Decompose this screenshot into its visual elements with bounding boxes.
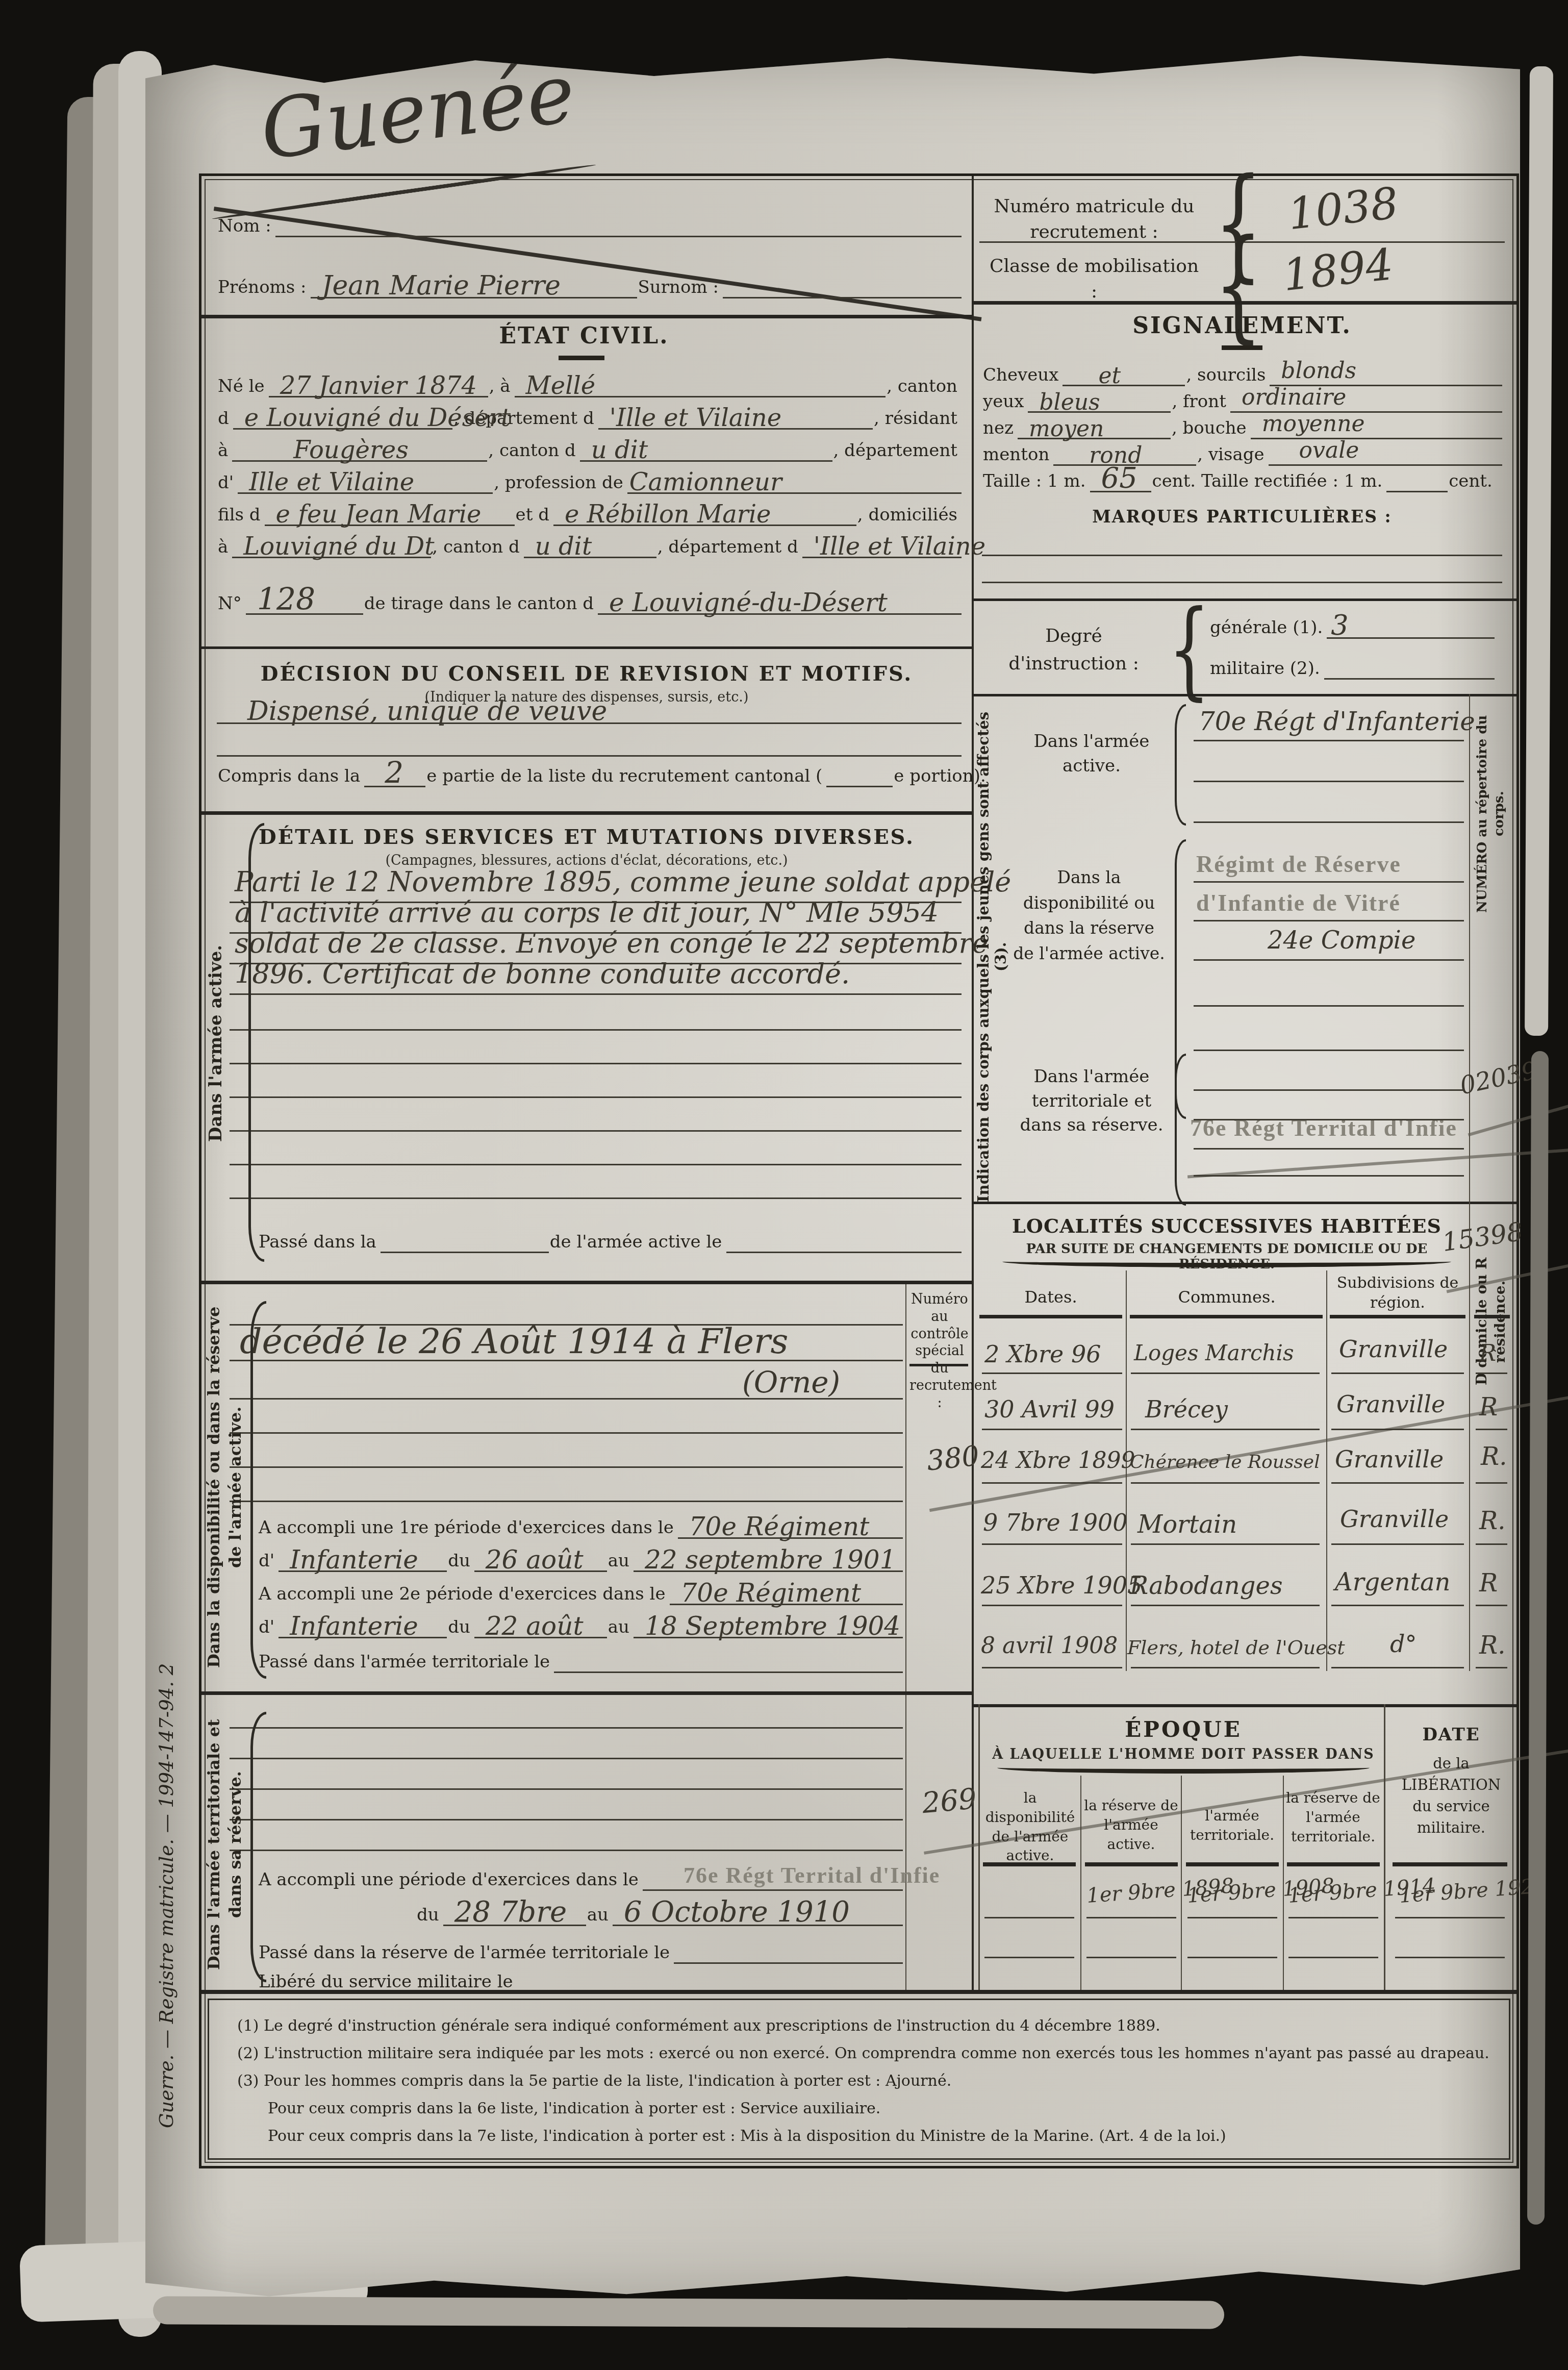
footnote-5: Pour ceux compris dans la 7e liste, l'in… (268, 2127, 1482, 2145)
corps-dispo-label: Dans la disponibilité ou dans la réserve… (1013, 865, 1166, 966)
instruction-militaire-row: militaire (2). (1209, 653, 1495, 680)
prenoms-value: Jean Marie Pierre (322, 270, 561, 301)
controle-header: Numéro au contrôle spécial du recrutemen… (909, 1291, 970, 1411)
page-edge-right-bottom (1527, 1051, 1549, 2225)
line-dept-naissance: 'Ille et Vilaine (598, 428, 873, 430)
line-numero-tirage: 128 (246, 613, 363, 615)
value-residence: Fougères (293, 436, 409, 464)
loc-row3-date: 24 Xbre 1899 (981, 1448, 1135, 1474)
label-et-de: et d (515, 505, 553, 526)
label-periode2: A accompli une 2e période d'exercices da… (258, 1584, 670, 1605)
corps-active-label: Dans l'armée active. (1018, 730, 1166, 778)
value-dept-residence: Ille et Vilaine (249, 468, 414, 496)
epoque-col3-header: l'armée territoriale. (1185, 1806, 1279, 1845)
etat-civil-line6: à Louvigné du Dt , canton d u dit , dépa… (217, 530, 962, 558)
service-note-line2: à l'activité arrivé au corps le dit jour… (235, 896, 939, 929)
line-periode2-au: 18 Septembre 1904 (634, 1637, 903, 1638)
corps-dispo-rule-2 (1194, 920, 1464, 921)
loc-row3-subdiv: Granville (1335, 1445, 1444, 1473)
loc-row5-date: 25 Xbre 1905 (981, 1571, 1142, 1599)
label-instruction-militaire: militaire (2). (1209, 658, 1324, 680)
line-canton-parents: u dit (524, 557, 656, 558)
decision-title: DÉCISION DU CONSEIL DE REVISION ET MOTIF… (242, 662, 931, 686)
divider-etatcivil (201, 315, 972, 318)
service-note-line3: soldat de 2e classe. Envoyé en congé le … (235, 927, 988, 959)
corps-terr-rule-3 (1194, 1148, 1464, 1150)
value-mere: e Rébillon Marie (565, 500, 771, 529)
value-bouche: moyenne (1262, 411, 1365, 437)
line-compris-num: 2 (364, 786, 425, 787)
divider-disponibilite (201, 1281, 972, 1284)
localites-col-subdiv: Subdivisions de région. (1331, 1273, 1464, 1313)
localites-col-dates: Dates. (982, 1287, 1120, 1307)
epoque-date-header-title: DATE (1390, 1725, 1512, 1745)
libere-row: Libéré du service militaire le (258, 1964, 903, 1993)
brace-disponibilite (250, 1301, 266, 1679)
value-nez: moyen (1029, 416, 1104, 442)
label-canton2: , canton d (487, 440, 579, 462)
dispo-rule-6 (230, 1501, 903, 1502)
service-rule-6 (230, 1063, 962, 1064)
footnote-1: (1) Le degré d'instruction générale sera… (237, 2017, 1482, 2035)
divider-localites (972, 1202, 1516, 1204)
etat-civil-line5: fils d e feu Jean Marie et d e Rébillon … (217, 497, 962, 526)
value-profession: Camionneur (629, 468, 782, 496)
value-periode1-au: 22 septembre 1901 (645, 1545, 896, 1575)
signalement-underline (1222, 345, 1262, 350)
service-rule-8 (230, 1130, 962, 1132)
label-compris-mid: e partie de la liste du recrutement cant… (425, 766, 826, 787)
corps-active-value: 70e Régt d'Infanterie (1199, 707, 1475, 736)
epoque-title: ÉPOQUE (987, 1717, 1380, 1742)
nom-line (275, 236, 962, 237)
corps-terr-rule-2 (1194, 1119, 1464, 1120)
label-dept2: , département (832, 440, 962, 462)
epoque-col2-header: la réserve de l'armée active. (1084, 1796, 1178, 1854)
marques-label: MARQUES PARTICULIÈRES : (1018, 507, 1466, 527)
line-periode1-au: 22 septembre 1901 (634, 1570, 903, 1572)
section-label-armee-active: Dans l'armée active. (206, 824, 234, 1263)
stamp-reserve-line1: Régimt de Réserve (1196, 851, 1401, 878)
prenoms-row: Prénoms : Jean Marie Pierre Surnom : (217, 268, 962, 298)
periode2-row-a: A accompli une 2e période d'exercices da… (258, 1577, 903, 1605)
label-instruction-generale: générale (1). (1209, 617, 1327, 639)
value-canton-residence: u dit (591, 436, 648, 464)
corps-active-rule-3 (1194, 821, 1464, 823)
compris-row: Compris dans la 2 e partie de la liste d… (217, 758, 962, 787)
epoque-header-rule-4 (1287, 1862, 1380, 1866)
nom-row: Nom : (217, 207, 962, 237)
loc-row4-commune: Mortain (1137, 1510, 1237, 1539)
corps-terr-brace (1175, 1054, 1186, 1206)
terr-rule-3 (230, 1788, 903, 1790)
line-instruction-militaire (1324, 678, 1495, 680)
line-passe-reserve-terr (674, 1962, 903, 1964)
surnom-line (723, 297, 962, 298)
line-naissance: 27 Janvier 1874 (269, 396, 488, 397)
label-bouche: , bouche (1171, 418, 1251, 439)
value-periode-terr-au: 6 Octobre 1910 (624, 1895, 850, 1929)
etat-civil-underline (559, 356, 604, 360)
loc-row4-date: 9 7bre 1900 (983, 1509, 1128, 1536)
tirage-row: N° 128 de tirage dans le canton d e Louv… (217, 584, 962, 615)
line-periode1-regiment: 70e Régiment (678, 1537, 903, 1539)
value-periode1-regiment: 70e Régiment (689, 1512, 870, 1541)
divider-detail (201, 811, 972, 815)
label-nez: nez (982, 418, 1018, 439)
value-cheveux: et (1098, 363, 1121, 389)
label-periode-terr-du: du (416, 1905, 443, 1926)
line-periode1-du: 26 août (474, 1570, 607, 1572)
page-edge-bottom (153, 2296, 1224, 2329)
footnote-3: (3) Pour les hommes compris dans la 5e p… (237, 2072, 1482, 2090)
sig-row-yeux: yeux bleus , front ordinaire (982, 386, 1502, 413)
line-pere: e feu Jean Marie (265, 525, 515, 526)
sig-row-menton: menton rond , visage ovale (982, 439, 1502, 466)
line-dept-residence: Ille et Vilaine (238, 492, 493, 494)
periode-terr-row-b: du 28 7bre au 6 Octobre 1910 (416, 1895, 903, 1926)
loc-row2-subdiv: Granville (1336, 1390, 1445, 1418)
dispo-rule-5 (230, 1466, 903, 1468)
label-a2: à (217, 440, 232, 462)
marques-rule-2 (982, 582, 1502, 583)
footnote-2: (2) L'instruction militaire sera indiqué… (237, 2044, 1492, 2062)
value-canton-parents: u dit (535, 532, 592, 561)
deces-note: décédé le 26 Août 1914 à Flers (240, 1321, 788, 1362)
classe-value: 1894 (1280, 239, 1395, 301)
epoque-scroll-ornament (997, 1762, 1370, 1774)
service-rule-5 (230, 1029, 962, 1031)
label-residant: , résidant (873, 408, 962, 430)
sig-row-taille: Taille : 1 m. 65 cent. Taille rectifiée … (982, 466, 1502, 492)
localites-header-rule-d (1474, 1315, 1510, 1318)
instruction-label: Degré d'instruction : (990, 622, 1158, 678)
sig-row-nez: nez moyen , bouche moyenne (982, 413, 1502, 439)
periode1-row-a: A accompli une 1re période d'exercices d… (258, 1510, 903, 1539)
line-mere: e Rébillon Marie (553, 525, 856, 526)
corps-active-rule-1 (1194, 740, 1464, 741)
loc-row5-subdiv: Argentan (1335, 1568, 1450, 1596)
section-label-disponibilite: Dans la disponibilité ou dans la réserve… (204, 1299, 247, 1676)
stamp-reserve-line2: d'Infantie de Vitré (1196, 889, 1401, 916)
value-canton-naissance: e Louvigné du Désert (244, 404, 511, 432)
scanned-register-page: Guerre. — Registre matricule. — 1994-147… (0, 0, 1568, 2370)
label-passe-active-pre: Passé dans la (258, 1232, 381, 1253)
corps-dispo-rule-1 (1194, 881, 1464, 883)
value-front: ordinaire (1242, 384, 1346, 410)
value-instruction-generale: 3 (1331, 609, 1348, 641)
controle-header-rule (909, 1364, 968, 1366)
value-sourcils: blonds (1281, 358, 1356, 384)
decision-value: Dispensé, unique de veuve (247, 696, 607, 727)
etat-civil-line4: d' Ille et Vilaine , profession de Camio… (217, 465, 962, 494)
epoque-col1-header: la disponibilité de l'armée active. (983, 1788, 1077, 1865)
corps-dispo-rule-3 (1194, 959, 1464, 961)
divider-corps (972, 694, 1516, 696)
label-periode-terr: A accompli une période d'exercices dans … (258, 1869, 643, 1891)
line-periode-terr-du: 28 7bre (443, 1925, 586, 1926)
label-taille: Taille : 1 m. (982, 471, 1090, 492)
etat-civil-title: ÉTAT CIVIL. (355, 323, 814, 349)
label-numero-tirage: N° (217, 593, 246, 615)
corps-terr-label: Dans l'armée territoriale et dans sa rés… (1018, 1065, 1166, 1138)
value-date-naissance: 27 Janvier 1874 (280, 371, 477, 400)
line-canton-residence: u dit (580, 460, 832, 462)
passe-reserve-terr-row: Passé dans la réserve de l'armée territo… (258, 1935, 903, 1964)
label-passe-reserve-terr: Passé dans la réserve de l'armée territo… (258, 1942, 674, 1964)
line-taille: 65 (1090, 491, 1151, 492)
loc-row6-date: 8 avril 1908 (981, 1633, 1118, 1659)
dispo-rule-4 (230, 1432, 903, 1434)
surname-signature: Guenée (256, 45, 580, 178)
epoque-header-rule-5 (1393, 1862, 1507, 1866)
localites-col-divider-2 (1326, 1270, 1327, 1671)
epoque-col-divider-1 (1080, 1776, 1081, 1990)
line-passe-territoriale (554, 1672, 903, 1673)
section-label-territoriale: Dans l'armée territoriale et dans sa rés… (204, 1712, 247, 1977)
localites-header-rule-c (1330, 1315, 1465, 1318)
value-periode2-arme: Infanterie (290, 1611, 418, 1641)
stamp-76e-regiment: 76e Régt Territal d'Infie (684, 1862, 940, 1888)
loc-row3-dr: R. (1481, 1442, 1507, 1471)
compagnie-value: 24e Compie (1268, 926, 1415, 955)
line-instruction-generale: 3 (1327, 637, 1495, 639)
terr-rule-5 (230, 1850, 903, 1851)
value-periode1-du: 26 août (486, 1545, 584, 1575)
footnotes-top-rule (201, 1990, 1516, 1994)
label-dept3: , département d (656, 537, 802, 558)
etat-civil-line1: Né le 27 Janvier 1874 , à Mellé , canton (217, 369, 962, 397)
line-profession: Camionneur (627, 492, 962, 494)
line-taille-rectifiee (1386, 491, 1448, 492)
loc-row4-dr: R. (1479, 1507, 1505, 1535)
label-d2: d' (217, 472, 238, 494)
line-periode1-arme: Infanterie (279, 1570, 447, 1572)
passe-territoriale-row: Passé dans l'armée territoriale le (258, 1644, 903, 1673)
corps-terr-stamp-rule (1194, 1050, 1464, 1051)
value-taille: 65 (1101, 462, 1137, 495)
label-fils: fils d (217, 505, 265, 526)
marques-rule-1 (982, 555, 1502, 556)
label-a1: , à (488, 376, 515, 397)
decision-row: Dispensé, unique de veuve (217, 695, 962, 724)
footnote-4: Pour ceux compris dans la 6e liste, l'in… (268, 2100, 1482, 2117)
periode1-row-b: d' Infanterie du 26 août au 22 septembre… (258, 1543, 903, 1572)
instruction-generale-row: générale (1). 3 (1209, 612, 1495, 639)
label-front: , front (1171, 391, 1230, 413)
loc-row1-dr: R. (1479, 1340, 1503, 1366)
localites-col-communes: Communes. (1132, 1287, 1321, 1307)
instruction-brace-icon: { (1168, 596, 1210, 702)
dispo-rule-3 (230, 1398, 903, 1400)
service-rule-10 (230, 1198, 962, 1199)
loc-row6-dr: R. (1479, 1631, 1505, 1660)
line-residence: Fougères (232, 460, 487, 462)
loc-row1-commune: Loges Marchis (1134, 1340, 1294, 1365)
divider-signalement (972, 301, 1516, 305)
label-menton: menton (982, 444, 1053, 466)
corps-active-rule-2 (1194, 781, 1464, 782)
signalement-title: SIGNALEMENT. (1018, 313, 1466, 339)
corps-terr-rule-1 (1194, 1089, 1464, 1091)
corps-dispo-rule-4 (1194, 1005, 1464, 1007)
epoque-date-header-rest: de la LIBÉRATION du service militaire. (1390, 1753, 1512, 1838)
label-yeux: yeux (982, 391, 1028, 413)
loc-row2-date: 30 Avril 99 (984, 1395, 1115, 1423)
service-rule-4 (230, 993, 962, 995)
label-periode1-au: au (607, 1551, 634, 1572)
epoque-date-divider (1384, 1704, 1385, 1990)
label-domicilies: , domiciliés (856, 505, 962, 526)
label-cheveux: Cheveux (982, 365, 1063, 386)
epoque-col4-header: la réserve de l'armée territoriale. (1286, 1788, 1380, 1846)
epoque-top-rule (972, 1704, 1516, 1707)
label-passe-active-mid: de l'armée active le (549, 1232, 726, 1253)
value-visage: ovale (1299, 437, 1359, 463)
value-pere: e feu Jean Marie (276, 500, 482, 529)
dispo-rule-2 (230, 1360, 903, 1361)
label-passe-territoriale: Passé dans l'armée territoriale le (258, 1652, 554, 1673)
loc-row4-subdiv: Granville (1340, 1505, 1449, 1533)
value-periode2-du: 22 août (486, 1611, 584, 1641)
line-dept-parents: 'Ille et Vilaine (802, 557, 962, 558)
value-tirage-canton: e Louvigné-du-Désert (609, 588, 888, 617)
value-dept-naissance: 'Ille et Vilaine (610, 404, 781, 432)
loc-row2-dr: R (1479, 1393, 1498, 1421)
localites-header-rule-a (979, 1315, 1122, 1318)
label-periode-terr-au: au (586, 1905, 613, 1926)
label-periode2-au: au (607, 1617, 634, 1638)
value-dept-parents: 'Ille et Vilaine (814, 532, 985, 561)
label-canton3: , canton d (431, 537, 523, 558)
line-passe-active-2 (726, 1252, 962, 1253)
value-lieu-naissance: Mellé (526, 371, 596, 400)
terr-rule-4 (230, 1819, 903, 1820)
deces-note-dept: (Orne) (742, 1365, 840, 1400)
loc-row3-commune: Chérence le Roussel (1130, 1452, 1320, 1473)
line-domicile-parents: Louvigné du Dt (232, 557, 431, 558)
loc-row6-subdiv: d° (1390, 1630, 1417, 1658)
loc-row1-subdiv: Granville (1339, 1335, 1448, 1363)
epoque-subtitle: À LAQUELLE L'HOMME DOIT PASSER DANS (987, 1747, 1380, 1762)
value-domicile-parents: Louvigné du Dt (243, 532, 434, 561)
epoque-header-rule-3 (1186, 1862, 1279, 1866)
loc-row5-dr: R (1479, 1569, 1498, 1598)
etat-civil-line2: d e Louvigné du Désert , département d '… (217, 401, 962, 430)
detail-title: DÉTAIL DES SERVICES ET MUTATIONS DIVERSE… (242, 825, 931, 849)
localites-scroll-ornament (1002, 1256, 1451, 1267)
value-compris-num: 2 (385, 755, 403, 790)
page-edge-right-top (1525, 66, 1553, 1036)
line-periode-terr-regiment: 76e Régt Territal d'Infie (643, 1889, 903, 1891)
label-canton1: , canton (886, 376, 962, 397)
label-a3: à (217, 537, 232, 558)
label-ne-le: Né le (217, 376, 269, 397)
value-periode2-au: 18 Septembre 1904 (645, 1611, 900, 1641)
line-tirage-canton: e Louvigné-du-Désert (598, 613, 962, 615)
matricule-label: Numéro matricule du recrutement : (987, 194, 1201, 245)
main-column-divider (972, 176, 974, 1990)
numero-repertoire-label: NUMÉRO au répertoire du corps. (1474, 707, 1514, 921)
prenoms-label: Prénoms : (217, 277, 311, 298)
etat-civil-line3: à Fougères , canton d u dit , départemen… (217, 433, 962, 462)
terr-rule-1 (230, 1727, 903, 1729)
service-note-line1: Parti le 12 Novembre 1895, comme jeune s… (235, 866, 1011, 898)
line-periode-terr-au: 6 Octobre 1910 (613, 1925, 903, 1926)
localites-title: LOCALITÉS SUCCESSIVES HABITÉES (987, 1214, 1466, 1237)
label-compris-pre: Compris dans la (217, 766, 364, 787)
loc-row1-date: 2 Xbre 96 (984, 1340, 1101, 1368)
epoque-header-rule-1 (983, 1862, 1076, 1866)
brace-armee-active (248, 823, 264, 1262)
value-periode2-regiment: 70e Régiment (681, 1578, 862, 1608)
brace-territoriale (250, 1712, 266, 1982)
line-canton-naissance: e Louvigné du Désert (233, 428, 452, 430)
periode2-row-b: d' Infanterie du 22 août au 18 Septembre… (258, 1610, 903, 1638)
label-visage: , visage (1196, 444, 1268, 466)
label-periode1-du: du (447, 1551, 474, 1572)
localites-dr-divider (1469, 1202, 1470, 1671)
classe-label: Classe de mobilisation : (987, 254, 1201, 305)
line-passe-active-1 (381, 1252, 549, 1253)
surnom-label: Surnom : (637, 277, 723, 298)
label-periode2-du: du (447, 1617, 474, 1638)
value-numero-tirage: 128 (257, 582, 316, 617)
service-note-line4: 1896. Certificat de bonne conduite accor… (235, 958, 850, 990)
label-profession: , profession de (493, 472, 627, 494)
epoque-left-border (978, 1704, 980, 1990)
line-lieu-naissance: Mellé (515, 396, 886, 397)
value-yeux: bleus (1039, 389, 1100, 415)
label-periode1: A accompli une 1re période d'exercices d… (258, 1517, 678, 1539)
label-taille-cent: cent. (1448, 471, 1497, 492)
loc-row6-commune: Flers, hotel de l'Ouest (1127, 1636, 1345, 1659)
nom-label: Nom : (217, 216, 275, 237)
epoque-header-rule-2 (1085, 1862, 1178, 1866)
terr-rule-2 (230, 1758, 903, 1759)
service-rule-9 (230, 1164, 962, 1165)
stamp-territorial: 76e Régt Territal d'Infie (1190, 1114, 1568, 1141)
loc-row2-commune: Brécey (1145, 1395, 1228, 1423)
corps-active-brace (1175, 704, 1186, 826)
service-rule-7 (230, 1096, 962, 1098)
decision-line1: Dispensé, unique de veuve (217, 722, 962, 724)
divider-decision (201, 646, 972, 649)
value-periode-terr-du: 28 7bre (454, 1895, 567, 1929)
line-periode2-du: 22 août (474, 1637, 607, 1638)
line-periode2-arme: Infanterie (279, 1637, 447, 1638)
periode-terr-row-a: A accompli une période d'exercices dans … (258, 1862, 903, 1891)
spine-reference: Guerre. — Registre matricule. — 1994-147… (156, 1625, 184, 2166)
decision-line2 (217, 755, 962, 757)
line-periode2-regiment: 70e Régiment (670, 1604, 903, 1605)
localites-header-rule-b (1130, 1315, 1323, 1318)
sig-row-cheveux: Cheveux et , sourcils blonds (982, 360, 1502, 386)
matricule-value: 1038 (1285, 178, 1400, 240)
divider-territoriale (201, 1691, 972, 1695)
divider-instruction (972, 598, 1516, 601)
loc-row5-commune: Rabodanges (1130, 1571, 1283, 1600)
value-periode1-arme: Infanterie (290, 1545, 418, 1575)
label-d1: d (217, 408, 233, 430)
label-taille-rectifiee: cent. Taille rectifiée : 1 m. (1151, 471, 1387, 492)
passe-active-row: Passé dans la de l'armée active le (258, 1225, 962, 1253)
corps-terr-rule-4 (1194, 1175, 1464, 1177)
label-sourcils: , sourcils (1185, 365, 1270, 386)
prenoms-line: Jean Marie Pierre (311, 297, 637, 298)
corps-side-label: Indication des corps auxquels les jeunes… (975, 707, 999, 1207)
form-frame: Nom : Prénoms : Jean Marie Pierre Surnom… (199, 173, 1519, 2168)
